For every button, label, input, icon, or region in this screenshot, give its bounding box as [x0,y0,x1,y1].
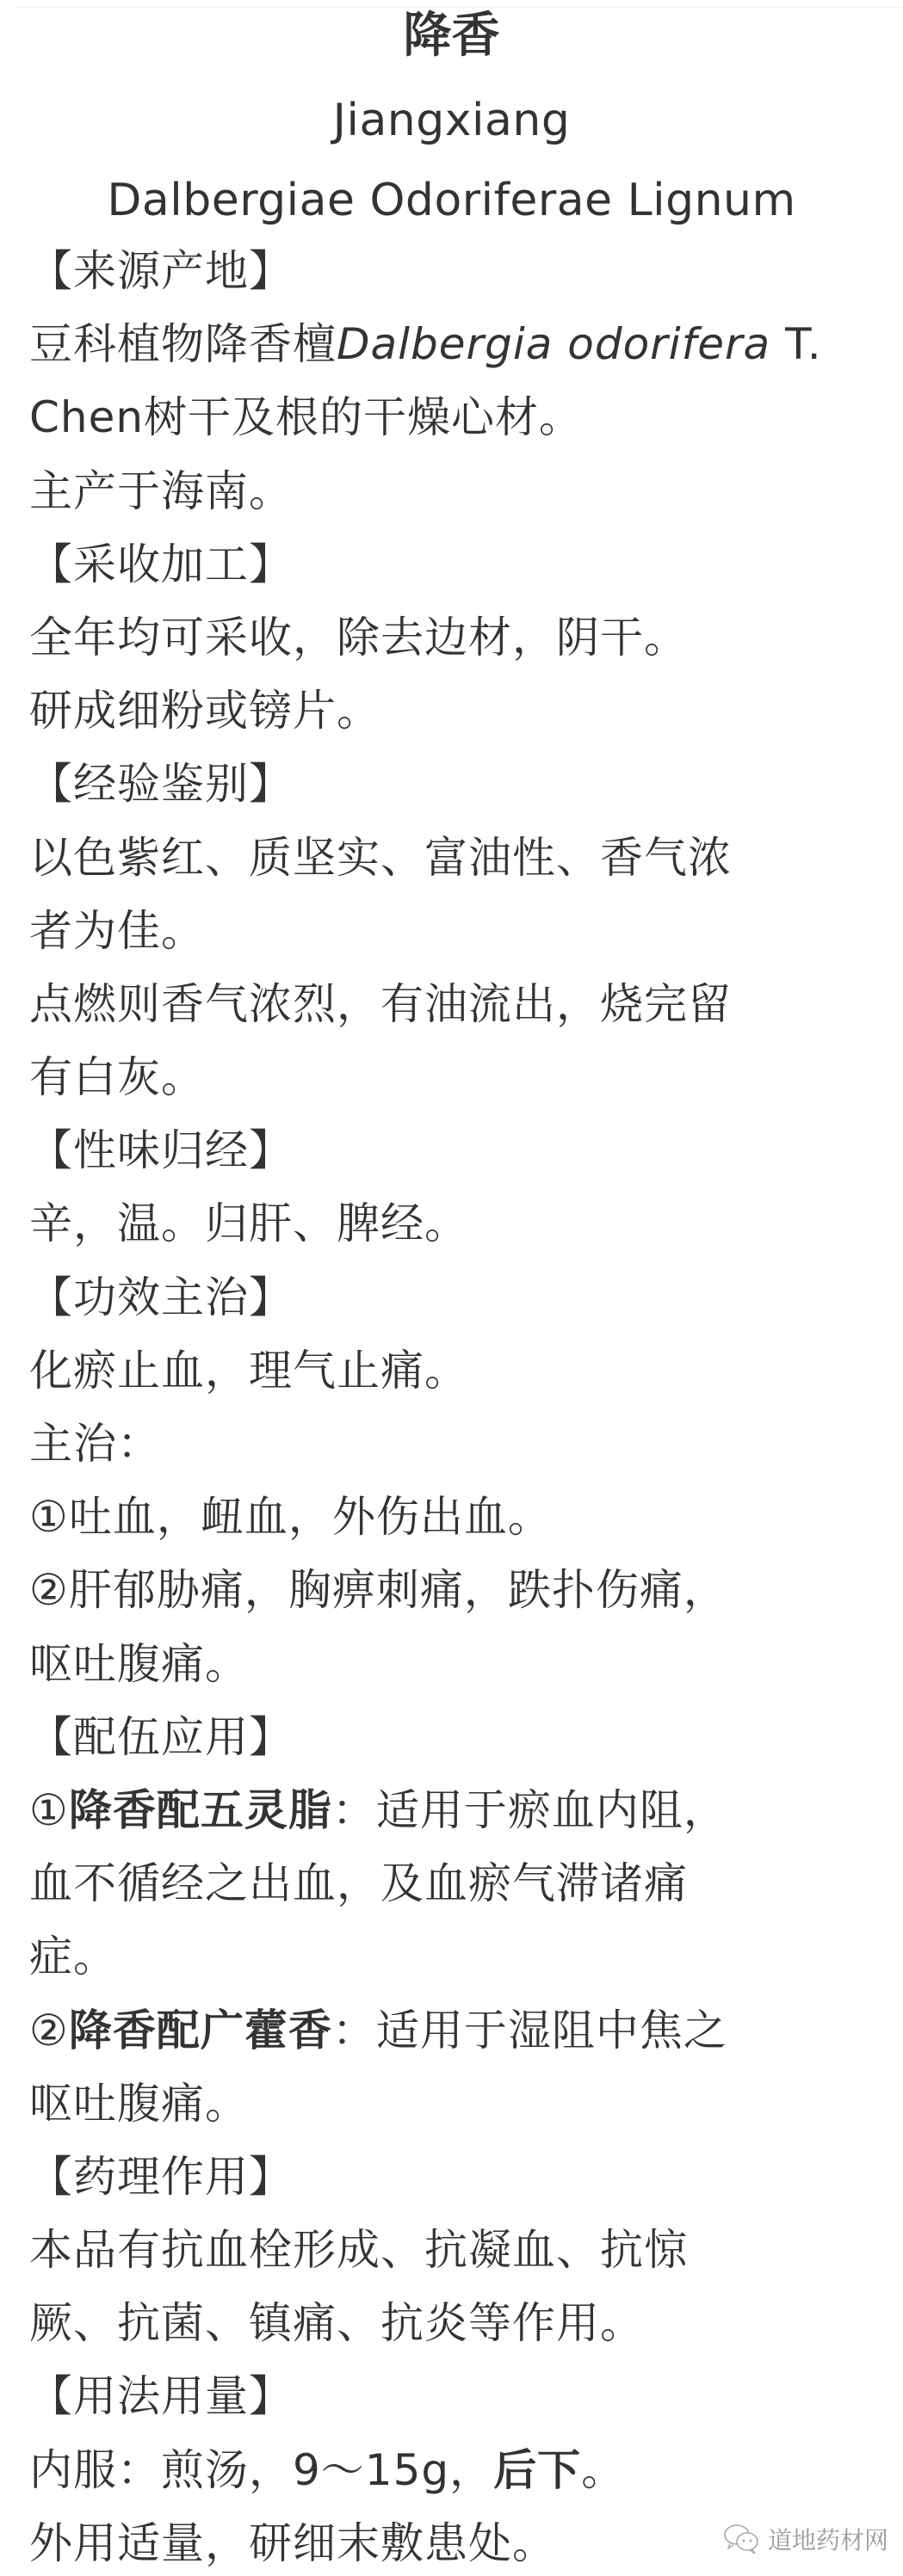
paragraph-line: 呕吐腹痛。 [29,2068,890,2141]
watermark-text: 道地药材网 [768,2522,888,2556]
text-segment: ② [29,2006,69,2055]
text-segment: ：适用于湿阻中焦之 [332,2006,727,2055]
paragraph-line: ②肝郁胁痛，胸痹刺痛，跌扑伤痛， [29,1554,890,1627]
latin-name: Dalbergiae Odoriferae Lignum [0,166,903,235]
section-heading: 【用法用量】 [29,2360,890,2433]
paragraph-line: ②降香配广藿香：适用于湿阻中焦之 [29,1994,890,2068]
section-heading: 【性味归经】 [29,1114,890,1187]
bold-term: 降香配广藿香 [69,2006,332,2055]
paragraph-line: 豆科植物降香檀Dalbergia odorifera T. [29,308,890,381]
paragraph-line: ①降香配五灵脂：适用于瘀血内阻， [29,1774,890,1847]
text-segment: 有白灰。 [29,1052,205,1102]
text-segment: 主治： [29,1419,161,1469]
section-heading: 【采收加工】 [29,528,890,601]
text-segment: 者为佳。 [29,906,205,956]
text-segment: Chen树干及根的干燥心材。 [29,392,583,442]
paragraph-line: 呕吐腹痛。 [29,1628,890,1701]
text-segment: 。 [581,2445,625,2495]
text-segment: 以色紫红、质坚实、富油性、香气浓 [29,833,732,883]
paragraph-line: 全年均可采收，除去边材，阴干。 [29,601,890,675]
paragraph-line: 点燃则香气浓烈，有油流出，烧完留 [29,968,890,1041]
paragraph-line: 有白灰。 [29,1041,890,1114]
paragraph-line: 本品有抗血栓形成、抗凝血、抗惊 [29,2214,890,2287]
pinyin-name: Jiangxiang [0,86,903,155]
text-segment: 症。 [29,1932,117,1981]
latin-species-name: Dalbergia odorifera [337,319,770,369]
text-segment: ①吐血，衄血，外伤出血。 [29,1492,552,1542]
text-segment: 点燃则香气浓烈，有油流出，烧完留 [29,979,732,1029]
text-segment: 研成细粉或镑片。 [29,686,380,736]
section-heading: 【药理作用】 [29,2141,890,2214]
wechat-icon [723,2523,761,2555]
section-heading: 【经验鉴别】 [29,748,890,821]
text-segment: 厥、抗菌、镇痛、抗炎等作用。 [29,2298,644,2348]
page-title: 降香 [0,3,903,69]
paragraph-line: 主治： [29,1408,890,1481]
paragraph-line: 研成细粉或镑片。 [29,675,890,748]
section-heading: 【配伍应用】 [29,1701,890,1774]
section-heading: 【功效主治】 [29,1261,890,1334]
paragraph-line: 以色紫红、质坚实、富油性、香气浓 [29,822,890,895]
text-segment: 血不循经之出血，及血瘀气滞诸痛 [29,1858,688,1908]
paragraph-line: 主产于海南。 [29,455,890,528]
text-segment: 呕吐腹痛。 [29,1639,249,1689]
text-segment: 化瘀止血，理气止痛。 [29,1346,468,1396]
text-segment: 辛，温。归肝、脾经。 [29,1199,468,1248]
text-segment: ：适用于瘀血内阻， [332,1785,727,1835]
paragraph-line: 化瘀止血，理气止痛。 [29,1334,890,1408]
text-segment: 呕吐腹痛。 [29,2079,249,2129]
paragraph-line: 内服：煎汤，9～15g，后下。 [29,2434,890,2507]
text-segment: 内服：煎汤，9～15g， [29,2445,493,2495]
text-segment: ① [29,1785,69,1835]
section-heading: 【来源产地】 [29,235,890,308]
text-segment: T. [770,319,821,369]
paragraph-line: 血不循经之出血，及血瘀气滞诸痛 [29,1847,890,1920]
bold-term: 后下 [493,2445,581,2495]
paragraph-line: 厥、抗菌、镇痛、抗炎等作用。 [29,2287,890,2360]
paragraph-line: ①吐血，衄血，外伤出血。 [29,1481,890,1554]
paragraph-line: 辛，温。归肝、脾经。 [29,1187,890,1260]
text-segment: 外用适量，研细末敷患处。 [29,2518,556,2568]
text-segment: 本品有抗血栓形成、抗凝血、抗惊 [29,2225,688,2275]
text-segment: ②肝郁胁痛，胸痹刺痛，跌扑伤痛， [29,1565,727,1615]
text-segment: 豆科植物降香檀 [29,319,337,369]
paragraph-line: 者为佳。 [29,895,890,968]
text-segment: 主产于海南。 [29,466,293,516]
watermark: 道地药材网 [723,2517,888,2561]
paragraph-line: 症。 [29,1920,890,1994]
paragraph-line: Chen树干及根的干燥心材。 [29,381,890,454]
text-segment: 全年均可采收，除去边材，阴干。 [29,613,688,662]
article-body: 【来源产地】豆科植物降香檀Dalbergia odorifera T.Chen树… [29,235,890,2576]
bold-term: 降香配五灵脂 [69,1785,332,1835]
